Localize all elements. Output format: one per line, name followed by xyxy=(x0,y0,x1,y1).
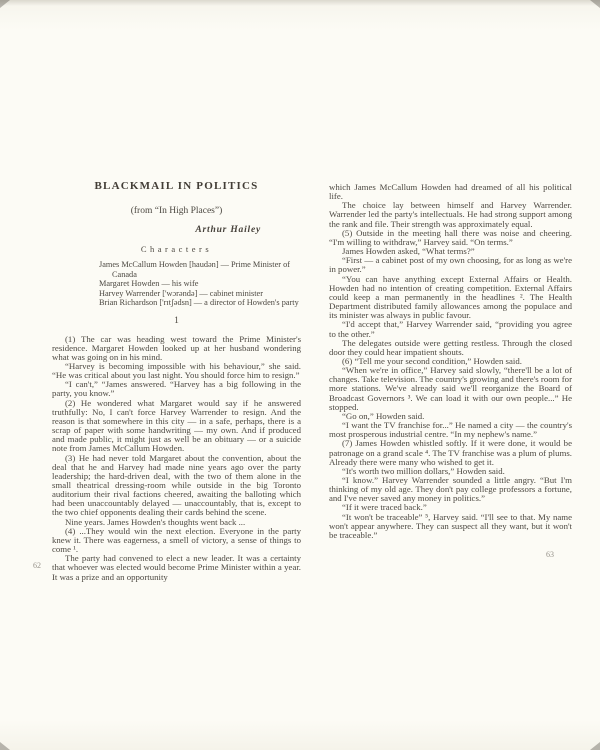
scan-corner-mark xyxy=(590,0,600,8)
paragraph: (4) ...They would win the next election.… xyxy=(52,527,301,554)
paragraph: (2) He wondered what Margaret would say … xyxy=(52,399,301,454)
scan-corner-mark xyxy=(0,742,10,750)
paragraph: “You can have anything except External A… xyxy=(329,275,572,321)
scan-corner-mark xyxy=(590,742,600,750)
page-number-right: 63 xyxy=(546,550,554,559)
author-name: Arthur Hailey xyxy=(52,225,261,235)
paragraph: “It won't be traceable” ⁵, Harvey said. … xyxy=(329,513,572,540)
paragraph: which James McCallum Howden had dreamed … xyxy=(329,183,572,201)
paragraph: The delegates outside were getting restl… xyxy=(329,339,572,357)
character-item: Harvey Warrender ['wɔrəndə] — cabinet mi… xyxy=(99,289,301,299)
paragraph: “I know.” Harvey Warrender sounded a lit… xyxy=(329,476,572,503)
paragraph: “First — a cabinet post of my own choosi… xyxy=(329,256,572,274)
paragraph: (3) He had never told Margaret about the… xyxy=(52,454,301,518)
book-subtitle: (from “In High Places”) xyxy=(52,206,301,216)
book-spread: BLACKMAIL IN POLITICS (from “In High Pla… xyxy=(0,0,600,750)
book-title: BLACKMAIL IN POLITICS xyxy=(52,180,301,192)
paragraph: “I want the TV franchise for...” He name… xyxy=(329,421,572,439)
paragraph: The party had convened to elect a new le… xyxy=(52,554,301,581)
paragraph: “Harvey is becoming impossible with his … xyxy=(52,362,301,380)
section-number: 1 xyxy=(52,316,301,326)
paragraph: The choice lay between himself and Harve… xyxy=(329,201,572,228)
characters-list: James McCallum Howden [haudən] — Prime M… xyxy=(99,260,301,308)
paragraph: “I'd accept that,” Harvey Warrender said… xyxy=(329,320,572,338)
paragraph: “When we're in office,” Harvey said slow… xyxy=(329,366,572,412)
characters-heading: Characters xyxy=(52,244,301,254)
page-number-left: 62 xyxy=(33,561,41,570)
right-page: which James McCallum Howden had dreamed … xyxy=(329,183,572,540)
left-page: BLACKMAIL IN POLITICS (from “In High Pla… xyxy=(52,180,301,582)
paragraph: (1) The car was heading west toward the … xyxy=(52,335,301,362)
paragraph: (7) James Howden whistled softly. If it … xyxy=(329,439,572,466)
left-page-body: (1) The car was heading west toward the … xyxy=(52,335,301,582)
paragraph: “I can't,” “James answered. “Harvey has … xyxy=(52,380,301,398)
paragraph: (5) Outside in the meeting hall there wa… xyxy=(329,229,572,247)
character-item: James McCallum Howden [haudən] — Prime M… xyxy=(99,260,301,279)
scan-corner-mark xyxy=(0,0,10,8)
character-item: Margaret Howden — his wife xyxy=(99,279,301,289)
character-item: Brian Richardson ['rɪtʃədsn] — a directo… xyxy=(99,298,301,308)
